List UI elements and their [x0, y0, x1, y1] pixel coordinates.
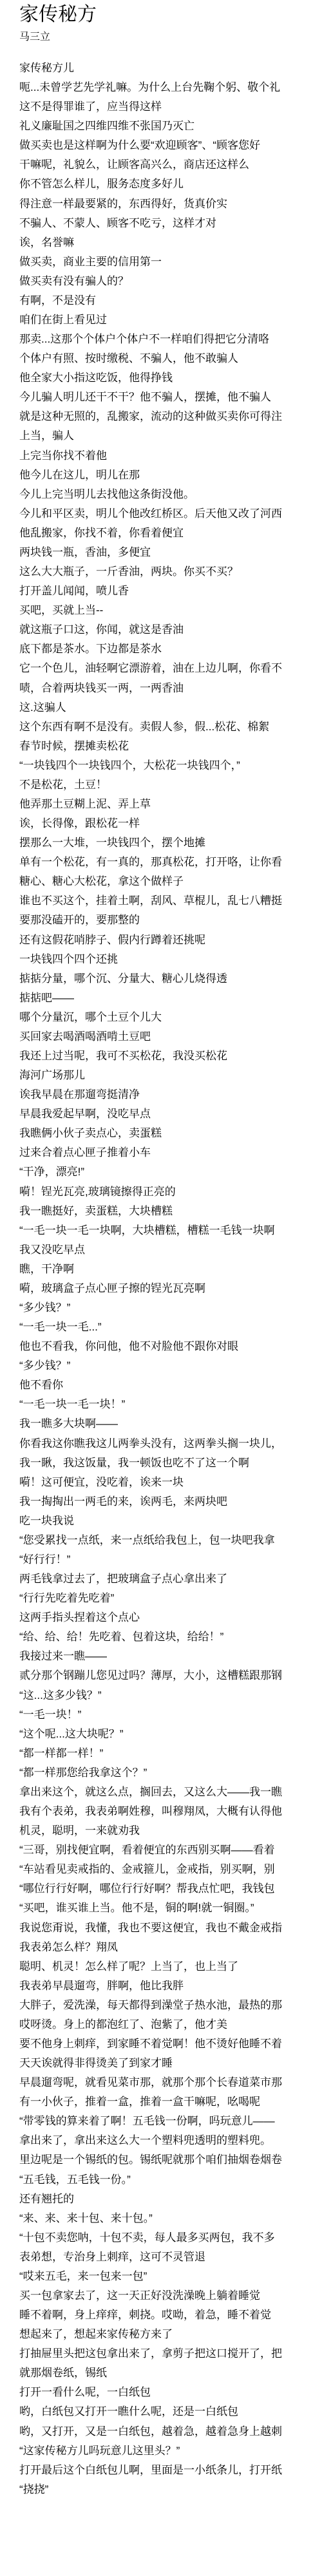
text-line: 买一包拿家去了，这一天正好没洗澡晚上躺着睡觉	[19, 2286, 322, 2306]
text-line: 拿出来这个，就这么点，搁回去，又这么大——我一瞧	[19, 1783, 322, 1802]
text-line: 嗬！锃光瓦亮,玻璃镜擦得正亮的	[19, 1182, 322, 1202]
text-line: 谁也不买这个，挂着土啊，刮风、草棍儿，乱七八糟挺	[19, 891, 322, 911]
text-line: 他今儿在这儿，明儿在那	[19, 466, 322, 485]
text-line: 我表弟怎么样？翔凤	[19, 1938, 322, 1957]
text-line: 不是松花，土豆！	[19, 775, 322, 795]
transcript-text: 家传秘方儿呃...未曾学艺先学礼嘛。为什么上台先鞠个躬、敬个礼这不是得罪谁了，应…	[19, 59, 322, 2499]
text-line: 贰分那个钢蹦儿您见过吗？薄厚，大小，这槽糕跟那钢	[19, 1666, 322, 1685]
text-line: “您受累找一点纸，来一点纸给我包上，包一块吧我拿	[19, 1531, 322, 1550]
text-line: 这两手指头捏着这个点心	[19, 1608, 322, 1627]
text-line: 我有个表弟，我表弟啊姓穆，叫穆翔凤，大概有认得他	[19, 1802, 322, 1821]
text-line: 摆那么一大堆，一块钱四个，摆个地摊	[19, 833, 322, 853]
text-line: 我表弟早晨遛弯，胖啊，他比我胖	[19, 1976, 322, 1996]
text-line: 就是这种无照的，乱搬家，流动的这种做买卖你可得注	[19, 407, 322, 426]
text-line: “三哥，别找便宜啊，看着便宜的东西别买啊——看着	[19, 1841, 322, 1860]
text-line: 睡不着啊，身上痒痒，刺挠。哎呦，着急，睡不着觉	[19, 2306, 322, 2325]
text-line: 我一瞧挺好，卖蛋糕，大块槽糕	[19, 1202, 322, 1221]
text-line: 我一瞧多大块啊——	[19, 1414, 322, 1434]
text-line: 那卖...这那个个体户个体户不一样咱们得把它分清咯	[19, 330, 322, 349]
text-line: 哪个分量沉，哪个土豆个儿大	[19, 1008, 322, 1027]
text-line: 哎呀烫。身上的都泡红了、泡紫了，他才美	[19, 2015, 322, 2034]
text-line: “干净，漂亮!”	[19, 1162, 322, 1182]
text-line: 天天诶就得非得烫美了到家才睡	[19, 2054, 322, 2073]
text-line: 有一小伙子，推着一盒，推着一盒干嘛呢，吆喝呢	[19, 2092, 322, 2112]
text-line: 拿出来了，拿出来这么大一个塑料兜透明的塑料兜。	[19, 2131, 322, 2150]
text-line: 聪明、机灵！怎么样了呢？上当了，也上当了	[19, 1957, 322, 1976]
text-line: 不骗人、不蒙人、顾客不吃亏，这样才对	[19, 214, 322, 233]
text-line: 过来合着点心匣子推着小车	[19, 1143, 322, 1162]
author-name: 马三立	[19, 31, 322, 44]
text-line: 想起来了，想起来家传秘方来了	[19, 2325, 322, 2344]
text-line: 哟，白纸包又打开一瞧什么呢，还是一白纸包	[19, 2402, 322, 2421]
text-line: 呃...未曾学艺先学礼嘛。为什么上台先鞠个躬、敬个礼	[19, 78, 322, 97]
text-line: 嗬，玻璃盒子点心匣子擦的锃光瓦亮啊	[19, 1279, 322, 1298]
text-line: 你不管怎么样儿，服务态度多好儿	[19, 175, 322, 194]
text-line: 单有一个松花，有一真的，那真松花，打开咯，让你看	[19, 853, 322, 872]
text-line: 两毛钱拿过去了，把玻璃盒子点心拿出来了	[19, 1569, 322, 1589]
text-line: “一毛一块一毛...”	[19, 1318, 322, 1337]
text-line: “给、给、给！先吃着、包着这块，给给！”	[19, 1627, 322, 1647]
text-line: 今儿和平区卖，明儿个他改红桥区。后天他又改了河西	[19, 504, 322, 524]
text-line: 打开盖儿闻闻，喷儿香	[19, 582, 322, 601]
text-line: “五毛钱，五毛钱一份。”	[19, 2170, 322, 2190]
text-line: 诶，长得像，跟松花一样	[19, 814, 322, 833]
text-line: “一块钱四个一块钱四个，大松花一块钱四个，”	[19, 756, 322, 775]
text-line: 机灵，聪明，一来就劝我	[19, 1821, 322, 1841]
text-line: 打开一看什么呢，一白纸包	[19, 2383, 322, 2402]
text-line: 还有这假花哨脖子、假内行蹲着还挑呢	[19, 931, 322, 950]
text-line: 早晨我爱起早啊，没吃早点	[19, 1104, 322, 1124]
text-line: 礼义廉耻国之四维四维不张国乃灭亡	[19, 117, 322, 136]
text-line: 他乱搬家，你找不着，你看着便宜	[19, 524, 322, 543]
text-line: 早晨遛弯呢，就看见菜市那，就那个那个长春道菜市那	[19, 2073, 322, 2092]
page-title: 家传秘方	[19, 3, 322, 27]
text-line: 我一掏掏出一两毛的来，诶两毛，来两块吧	[19, 1492, 322, 1511]
text-line: “车站看见卖戒指的、金戒箍儿，金戒指，别买啊，别	[19, 1860, 322, 1879]
text-line: 今儿骗人明儿还干不干？他不骗人，摆摊，他不骗人	[19, 388, 322, 407]
text-line: 我接过来一瞧——	[19, 1647, 322, 1666]
text-line: “一毛一块一毛一块！”	[19, 1395, 322, 1414]
text-line: 诶，名誉嘛	[19, 233, 322, 252]
document-body: 家传秘方 马三立 家传秘方儿呃...未曾学艺先学礼嘛。为什么上台先鞠个躬、敬个礼…	[0, 0, 322, 2499]
text-line: 大胖子，爱洗澡，每天都得到澡堂子热水池，最热的那	[19, 1996, 322, 2015]
text-line: 嗬！这可便宜，没吃着，诶来一块	[19, 1473, 322, 1492]
text-line: 这.这骗人	[19, 698, 322, 717]
text-line: 掂掂分量，哪个沉、分量大、糖心儿烧得透	[19, 969, 322, 989]
text-line: 有啊，不是没有	[19, 291, 322, 310]
text-line: 还有翘托的	[19, 2190, 322, 2209]
text-line: “这...这多少钱？”	[19, 1686, 322, 1705]
text-line: “来、来、来十包、来十包。”	[19, 2209, 322, 2228]
text-line: 这个东西有啊不是没有。卖假人参，假...松花、棉絮	[19, 717, 322, 737]
text-line: “十包不卖您呐，十包不卖，每人最多买两包，我不多	[19, 2228, 322, 2248]
text-line: “这家传秘方儿吗玩意儿这里头？”	[19, 2441, 322, 2461]
text-line: “哪位行行好啊，哪位行行好啊？帮我点忙吧，我钱包	[19, 1879, 322, 1899]
text-line: 打开最后这个白纸包儿啊，里面是一小纸条儿，打开纸	[19, 2461, 322, 2480]
text-line: 它一个色儿，油轻啊它漂游着，油在上边儿啊，你看不	[19, 659, 322, 678]
text-line: 他弄那土豆糊上泥、弄上草	[19, 795, 322, 814]
text-line: 两块钱一瓶，香油，多便宜	[19, 543, 322, 562]
text-line: 就那烟卷纸，锡纸	[19, 2363, 322, 2383]
text-line: “哎来五毛，来一包来一包”	[19, 2267, 322, 2286]
text-line: “带零钱的算来着了啊！五毛钱一份啊，吗玩意儿——	[19, 2112, 322, 2131]
text-line: 今儿上完当明儿去找他这条街没他。	[19, 485, 322, 504]
text-line: 他全家大小指这吃饭，他得挣钱	[19, 368, 322, 388]
text-line: 吃一块我说	[19, 1511, 322, 1531]
text-line: 我瞧俩小伙子卖点心，卖蛋糕	[19, 1124, 322, 1143]
text-line: 要不他身上刺痒，到家睡不着觉啊！他不烫好他睡不着	[19, 2034, 322, 2054]
text-line: 干嘛呢，礼貌么，让顾客高兴么，商店还这样么	[19, 155, 322, 175]
text-line: 家传秘方儿	[19, 59, 322, 78]
text-line: 我又没吃早点	[19, 1240, 322, 1260]
text-line: 买吧，买就上当--	[19, 601, 322, 620]
text-line: “挠挠”	[19, 2480, 322, 2499]
text-line: 上当，骗人	[19, 426, 322, 446]
text-line: 啧，合着两块钱买一两，一两香油	[19, 679, 322, 698]
text-line: 打抽屉里头把这包拿出来了，拿剪子把这口搅开了，把	[19, 2344, 322, 2363]
text-line: “多少钱？”	[19, 1298, 322, 1318]
text-line: 咱们在街上看见过	[19, 310, 322, 330]
text-line: 他不看你	[19, 1376, 322, 1395]
text-line: “好行行！”	[19, 1550, 322, 1569]
text-line: “多少钱？”	[19, 1356, 322, 1376]
text-line: 得注意一样最要紧的，东西得好，货真价实	[19, 194, 322, 214]
text-line: 表弟想，专治身上刺痒，这可不灵管退	[19, 2248, 322, 2267]
text-line: 糖心、糖心大松花，拿这个做样子	[19, 872, 322, 891]
text-line: “行行先吃着先吃着”	[19, 1589, 322, 1608]
text-line: 我说您甭说，我懂，我也不要这便宜，我也不戴金戒指	[19, 1918, 322, 1938]
text-line: 做买卖有没有骗人的？	[19, 272, 322, 291]
text-line: 我还上过当呢，我可不买松花，我没买松花	[19, 1046, 322, 1066]
text-line: 这么大大瓶子，一斤香油，两块。你买不买？	[19, 562, 322, 582]
text-line: 他也不看我，你问他，他不对脸他不跟你对眼	[19, 1337, 322, 1356]
text-line: “都一样那您给我拿这个？”	[19, 1763, 322, 1783]
text-line: 诶我早晨在那遛弯挺清净	[19, 1085, 322, 1104]
document-page: 家传秘方 马三立 家传秘方儿呃...未曾学艺先学礼嘛。为什么上台先鞠个躬、敬个礼…	[0, 0, 322, 2576]
text-line: 上完当你找不着他	[19, 446, 322, 466]
text-line: 个体户有照、按时缴税、不骗人，他不敢骗人	[19, 349, 322, 368]
text-line: 底下都是茶水。下边都是茶水	[19, 639, 322, 659]
text-line: 我一瞅，我这饭量，我一顿饭也吃不了这一个啊	[19, 1454, 322, 1473]
text-line: 掂掂吧——	[19, 989, 322, 1008]
text-line: 哟，又打开，又是一白纸包，越着急，越着急身上越刺	[19, 2422, 322, 2441]
text-line: “一毛一块一毛一块啊，大块槽糕，槽糕一毛钱一块啊	[19, 1221, 322, 1240]
text-line: 就这瓶子口这，你闻，就这是香油	[19, 620, 322, 639]
text-line: “一毛一块！”	[19, 1705, 322, 1725]
text-line: 你看我这你瞧我这儿两拳头没有，这两拳头搁一块儿，	[19, 1434, 322, 1454]
text-line: 这不是得罪谁了，应当得这样	[19, 97, 322, 117]
text-line: 一块钱四个四个还挑	[19, 950, 322, 969]
text-line: 买回家去喝酒喝酒啃土豆吧	[19, 1027, 322, 1046]
text-line: “都一样都一样！”	[19, 1744, 322, 1763]
text-line: 海河广场那儿	[19, 1066, 322, 1085]
text-line: “买吧，谁买谁上当。他不是，铜的啊!就一铜圈。”	[19, 1899, 322, 1918]
text-line: 瞧，干净啊	[19, 1260, 322, 1279]
text-line: “这个呢...这大块呢？”	[19, 1725, 322, 1744]
text-line: 里边呢是一个锡纸的包。锡纸呢就那个咱们抽烟卷烟卷	[19, 2150, 322, 2170]
text-line: 做买卖也是这样啊为什么要“欢迎顾客”、“顾客您好	[19, 136, 322, 155]
text-line: 要那没磕开的，要那整的	[19, 911, 322, 930]
text-line: 春节时候，摆摊卖松花	[19, 737, 322, 756]
text-line: 做买卖，商业主要的信用第一	[19, 252, 322, 272]
